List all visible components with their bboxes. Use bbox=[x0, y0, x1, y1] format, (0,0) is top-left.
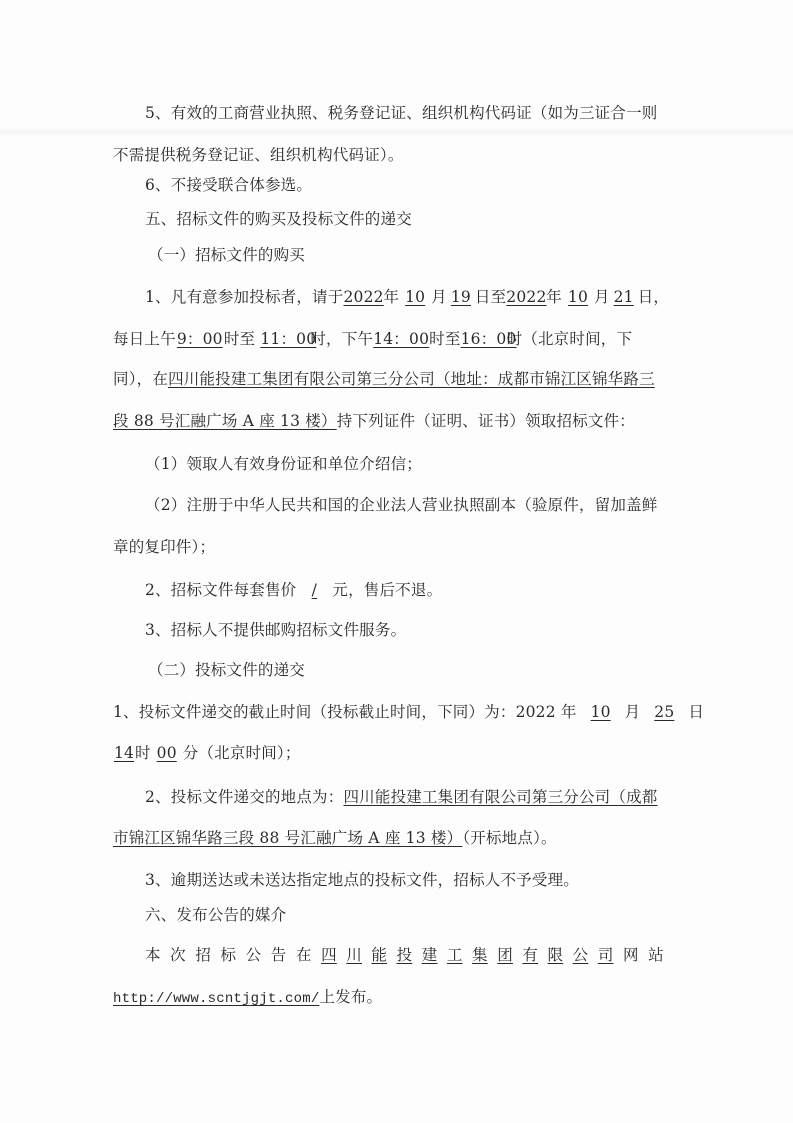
media-line: 本 次 招 标 公 告 在 四 川 能 投 建 工 集 团 有 限 公 司 网 … bbox=[145, 944, 664, 966]
start-month-field: 10 bbox=[399, 286, 431, 308]
documents-required-note: 持下列证件（证明、证书）领取招标文件： bbox=[337, 412, 635, 430]
company-name-char: 团 bbox=[497, 944, 513, 966]
requirement-2-line2: 章的复印件）； bbox=[113, 536, 664, 558]
company-name-char: 四 bbox=[321, 944, 337, 966]
deadline-line1: 1、投标文件递交的截止时间（投标截止时间，下同）为：2022 年10月25日 bbox=[113, 701, 664, 723]
late-submission-line: 3、逾期送达或未送达指定地点的投标文件，招标人不予受理。 bbox=[145, 869, 664, 891]
media-char: 公 bbox=[246, 944, 262, 966]
company-name-char: 限 bbox=[548, 944, 564, 966]
deadline-day-field: 25 bbox=[640, 701, 688, 723]
end-year-field: 2022 bbox=[506, 286, 546, 308]
media-char: 站 bbox=[648, 944, 664, 966]
deadline-month-field: 10 bbox=[577, 701, 625, 723]
deadline-day-label: 日 bbox=[688, 703, 704, 721]
price-prefix: 2、招标文件每套售价 bbox=[145, 581, 296, 599]
requirement-1: （1）领取人有效身份证和单位介绍信； bbox=[145, 453, 664, 475]
section-heading-5: 五、招标文件的购买及投标文件的递交 bbox=[145, 208, 664, 230]
venue-address: 四川能投建工集团有限公司第三分公司（成都 bbox=[343, 788, 657, 806]
paragraph-item-5-line1: 5、有效的工商营业执照、税务登记证、组织机构代码证（如为三证合一则 bbox=[145, 102, 664, 124]
venue-line2: 市锦江区锦华路三段 88 号汇融广场 A 座 13 楼）（开标地点）。 bbox=[113, 827, 664, 849]
paragraph-item-6: 6、不接受联合体参选。 bbox=[145, 174, 664, 196]
deadline-hour-field: 14 bbox=[113, 742, 135, 764]
pm-start-field: 14：00 bbox=[373, 328, 429, 350]
deadline-minute-label: 分（北京时间）； bbox=[183, 744, 301, 762]
start-year-field: 2022 bbox=[343, 286, 383, 308]
company-name-char: 能 bbox=[371, 944, 387, 966]
media-char: 招 bbox=[195, 944, 211, 966]
deadline-line2: 14时00分（北京时间）； bbox=[113, 742, 664, 764]
company-name-char: 川 bbox=[346, 944, 362, 966]
purchase-location-address: 四川能投建工集团有限公司第三分公司（地址：成都市锦江区锦华路三 bbox=[168, 370, 655, 388]
hour-to-label: 时至 bbox=[224, 330, 255, 348]
no-mail-order-line: 3、招标人不提供邮购招标文件服务。 bbox=[145, 619, 664, 641]
media-char: 次 bbox=[170, 944, 186, 966]
end-month-field: 10 bbox=[562, 286, 594, 308]
deadline-minute-field: 00 bbox=[151, 742, 183, 764]
am-end-field: 11：00 bbox=[260, 328, 310, 350]
subsection-heading-submission: （二）投标文件的递交 bbox=[148, 659, 664, 681]
timezone-note: 时（北京时间，下 bbox=[507, 330, 633, 348]
deadline-prefix: 1、投标文件递交的截止时间（投标截止时间，下同）为：2022 年 bbox=[113, 703, 577, 721]
deadline-hour-label: 时 bbox=[135, 744, 151, 762]
day-to-label: 日至 bbox=[475, 288, 506, 306]
price-suffix: 元，售后不退。 bbox=[332, 581, 442, 599]
purchase-location-line2: 段 88 号汇融广场 A 座 13 楼）持下列证件（证明、证书）领取招标文件： bbox=[113, 410, 664, 432]
company-name-char: 工 bbox=[447, 944, 463, 966]
purchase-location-line1: 同），在四川能投建工集团有限公司第三分公司（地址：成都市锦江区锦华路三 bbox=[113, 368, 664, 390]
hour-to-label-2: 时至 bbox=[429, 330, 460, 348]
document-price-line: 2、招标文件每套售价/元，售后不退。 bbox=[145, 579, 664, 601]
paragraph-item-5-line2: 不需提供税务登记证、组织机构代码证）。 bbox=[113, 144, 664, 166]
month-label-2: 月 bbox=[594, 288, 610, 306]
pm-end-field: 16：00 bbox=[461, 328, 507, 350]
venue-prefix: 2、投标文件递交的地点为： bbox=[145, 788, 343, 806]
purchase-hours-line: 每日上午9：00时至 11：00时，下午14：00时至16：00时（北京时间，下 bbox=[113, 328, 664, 350]
purchase-period-line: 1、凡有意参加投标者，请于2022年10月19日至2022年10月21日， bbox=[145, 286, 664, 308]
document-page: 5、有效的工商营业执照、税务登记证、组织机构代码证（如为三证合一则 不需提供税务… bbox=[0, 0, 793, 1123]
company-name-char: 公 bbox=[573, 944, 589, 966]
month-label: 月 bbox=[431, 288, 447, 306]
year-label: 年 bbox=[383, 288, 399, 306]
media-char: 标 bbox=[220, 944, 236, 966]
media-char: 在 bbox=[296, 944, 312, 966]
company-name-char: 有 bbox=[522, 944, 538, 966]
price-field: / bbox=[296, 579, 332, 601]
company-name-char: 建 bbox=[422, 944, 438, 966]
venue-address-cont: 市锦江区锦华路三段 88 号汇融广场 A 座 13 楼） bbox=[113, 829, 462, 847]
section-heading-6: 六、发布公告的媒介 bbox=[145, 904, 664, 926]
media-char: 本 bbox=[145, 944, 161, 966]
deadline-month-label: 月 bbox=[625, 703, 641, 721]
scan-artifact bbox=[0, 128, 793, 136]
purchase-prefix: 1、凡有意参加投标者，请于 bbox=[145, 288, 343, 306]
url-suffix: 上发布。 bbox=[319, 988, 382, 1006]
media-char: 告 bbox=[271, 944, 287, 966]
am-start-field: 9：00 bbox=[176, 328, 224, 350]
requirement-2-line1: （2）注册于中华人民共和国的企业法人营业执照副本（验原件，留加盖鲜 bbox=[145, 494, 664, 516]
website-url[interactable]: http://www.scntjgjt.com/ bbox=[113, 991, 319, 1007]
year-label-2: 年 bbox=[546, 288, 562, 306]
pm-label: 时，下午 bbox=[310, 330, 373, 348]
day-end-label: 日， bbox=[638, 288, 669, 306]
company-name-char: 集 bbox=[472, 944, 488, 966]
company-name-char: 投 bbox=[397, 944, 413, 966]
subsection-heading-purchase: （一）招标文件的购买 bbox=[148, 244, 664, 266]
company-name-char: 司 bbox=[598, 944, 614, 966]
purchase-location-address-cont: 段 88 号汇融广场 A 座 13 楼） bbox=[113, 412, 337, 430]
media-url-line: http://www.scntjgjt.com/上发布。 bbox=[113, 986, 664, 1010]
daily-label: 每日上午 bbox=[113, 330, 176, 348]
start-day-field: 19 bbox=[447, 286, 475, 308]
location-prefix: 同），在 bbox=[113, 370, 168, 388]
media-char: 网 bbox=[623, 944, 639, 966]
venue-suffix: （开标地点）。 bbox=[462, 829, 556, 847]
end-day-field: 21 bbox=[610, 286, 638, 308]
venue-line1: 2、投标文件递交的地点为：四川能投建工集团有限公司第三分公司（成都 bbox=[145, 786, 664, 808]
